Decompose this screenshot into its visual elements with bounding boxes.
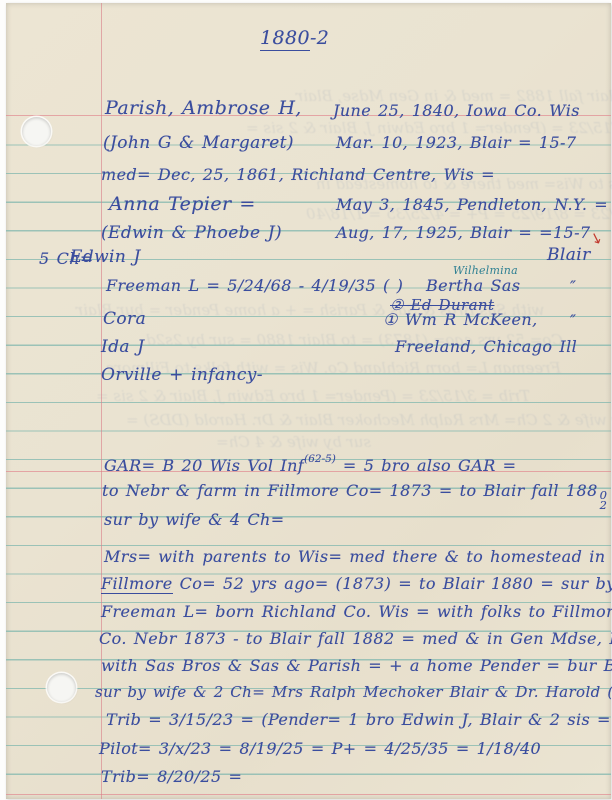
citation-pilot: Pilot= 3/x/23 = 8/19/25 = P+ = 4/25/35 =… [99, 739, 541, 758]
bleedthrough-text: sur by wife & 2 Ch= Mrs Ralph Mechoker B… [126, 411, 612, 429]
gar-rest: = 5 bro also GAR = [336, 456, 517, 475]
spouse-parents: (Edwin & Phoebe J) [101, 223, 282, 243]
migration-note: to Nebr & farm in Fillmore Co= 1873 = to… [102, 481, 607, 510]
citation-tribune-1: Trib = 3/15/23 = (Pender= 1 bro Edwin J,… [106, 710, 611, 729]
citation-tribune-2: Trib= 8/20/25 = [101, 767, 242, 786]
page-title-suffix: -2 [310, 27, 329, 49]
child-freeman-spouse: Bertha Sas [426, 276, 520, 295]
year-fraction: 02 [600, 490, 608, 510]
child-ida: Ida J [101, 337, 144, 357]
anna-obit-line2-rest: Co= 52 yrs ago= (1873) = to Blair 1880 =… [173, 574, 612, 593]
child-ida-place: Freeland, Chicago Ill [395, 337, 577, 356]
spouse-birth: May 3, 1845, Pendleton, N.Y. = [336, 195, 608, 214]
child-orville: Orville + infancy- [101, 365, 263, 385]
ruled-line-pink [6, 794, 611, 795]
child-freeman-dates: Freeman L = 5/24/68 - 4/19/35 ( ) [106, 276, 403, 295]
freeman-obit-line3: with Sas Bros & Sas & Parish = + a home … [101, 656, 612, 675]
survivors-note: sur by wife & 4 Ch= [104, 510, 285, 529]
bleedthrough-text: sur by wife & 4 Ch= [216, 433, 371, 451]
record-birth: June 25, 1840, Iowa Co. Wis [333, 101, 580, 120]
punch-hole [22, 117, 51, 146]
child-edwin-place: Blair [547, 245, 591, 265]
freeman-obit-line2: Co. Nebr 1873 - to Blair fall 1882 = med… [99, 629, 612, 648]
gar-years-superscript: (62-5) [304, 453, 336, 465]
year-fraction-bottom: 2 [600, 500, 608, 510]
record-marriage: med= Dec, 25, 1861, Richland Centre, Wis… [101, 165, 495, 184]
underlined-word: Fillmore [101, 574, 173, 594]
gar-service: GAR= B 20 Wis Vol Inf [104, 456, 304, 475]
child-edwin: Edwin J [70, 247, 141, 267]
page-title: 1880-2 [260, 27, 329, 49]
cora-husband-2: ① Wm R McKeen, [383, 310, 538, 329]
spouse-death: Aug, 17, 1925, Blair = =15-7 [336, 223, 591, 242]
ditto-mark: ″ [570, 277, 576, 296]
spouse-name: Anna Tepier = [109, 193, 256, 215]
record-parents: (John G & Margaret) [103, 133, 294, 153]
gar-note: GAR= B 20 Wis Vol Inf(62-5) = 5 bro also… [104, 453, 516, 475]
page-title-year: 1880 [260, 27, 310, 51]
record-surname: Parish, Ambrose H, [105, 97, 302, 119]
margin-line [101, 3, 102, 799]
bleedthrough-text: Trib = 3/15/23 = (Pender= 1 bro Edwin J,… [96, 387, 530, 405]
anna-obit-line1: Mrs= with parents to Wis= med there & to… [104, 547, 605, 566]
anna-obit-line2: Fillmore Co= 52 yrs ago= (1873) = to Bla… [101, 574, 612, 593]
record-death: Mar. 10, 1923, Blair = 15-7 [336, 133, 576, 152]
migration-text: to Nebr & farm in Fillmore Co= 1873 = to… [102, 481, 598, 500]
freeman-obit-line4: sur by wife & 2 Ch= Mrs Ralph Mechoker B… [95, 683, 612, 701]
ledger-page: Co. Nebr 1873 - to Blair fall 1882 = med… [6, 3, 611, 799]
child-cora: Cora [103, 309, 146, 329]
punch-hole [47, 673, 76, 702]
ditto-mark: ″ [570, 311, 576, 330]
freeman-obit-line1: Freeman L= born Richland Co. Wis = with … [101, 602, 612, 621]
